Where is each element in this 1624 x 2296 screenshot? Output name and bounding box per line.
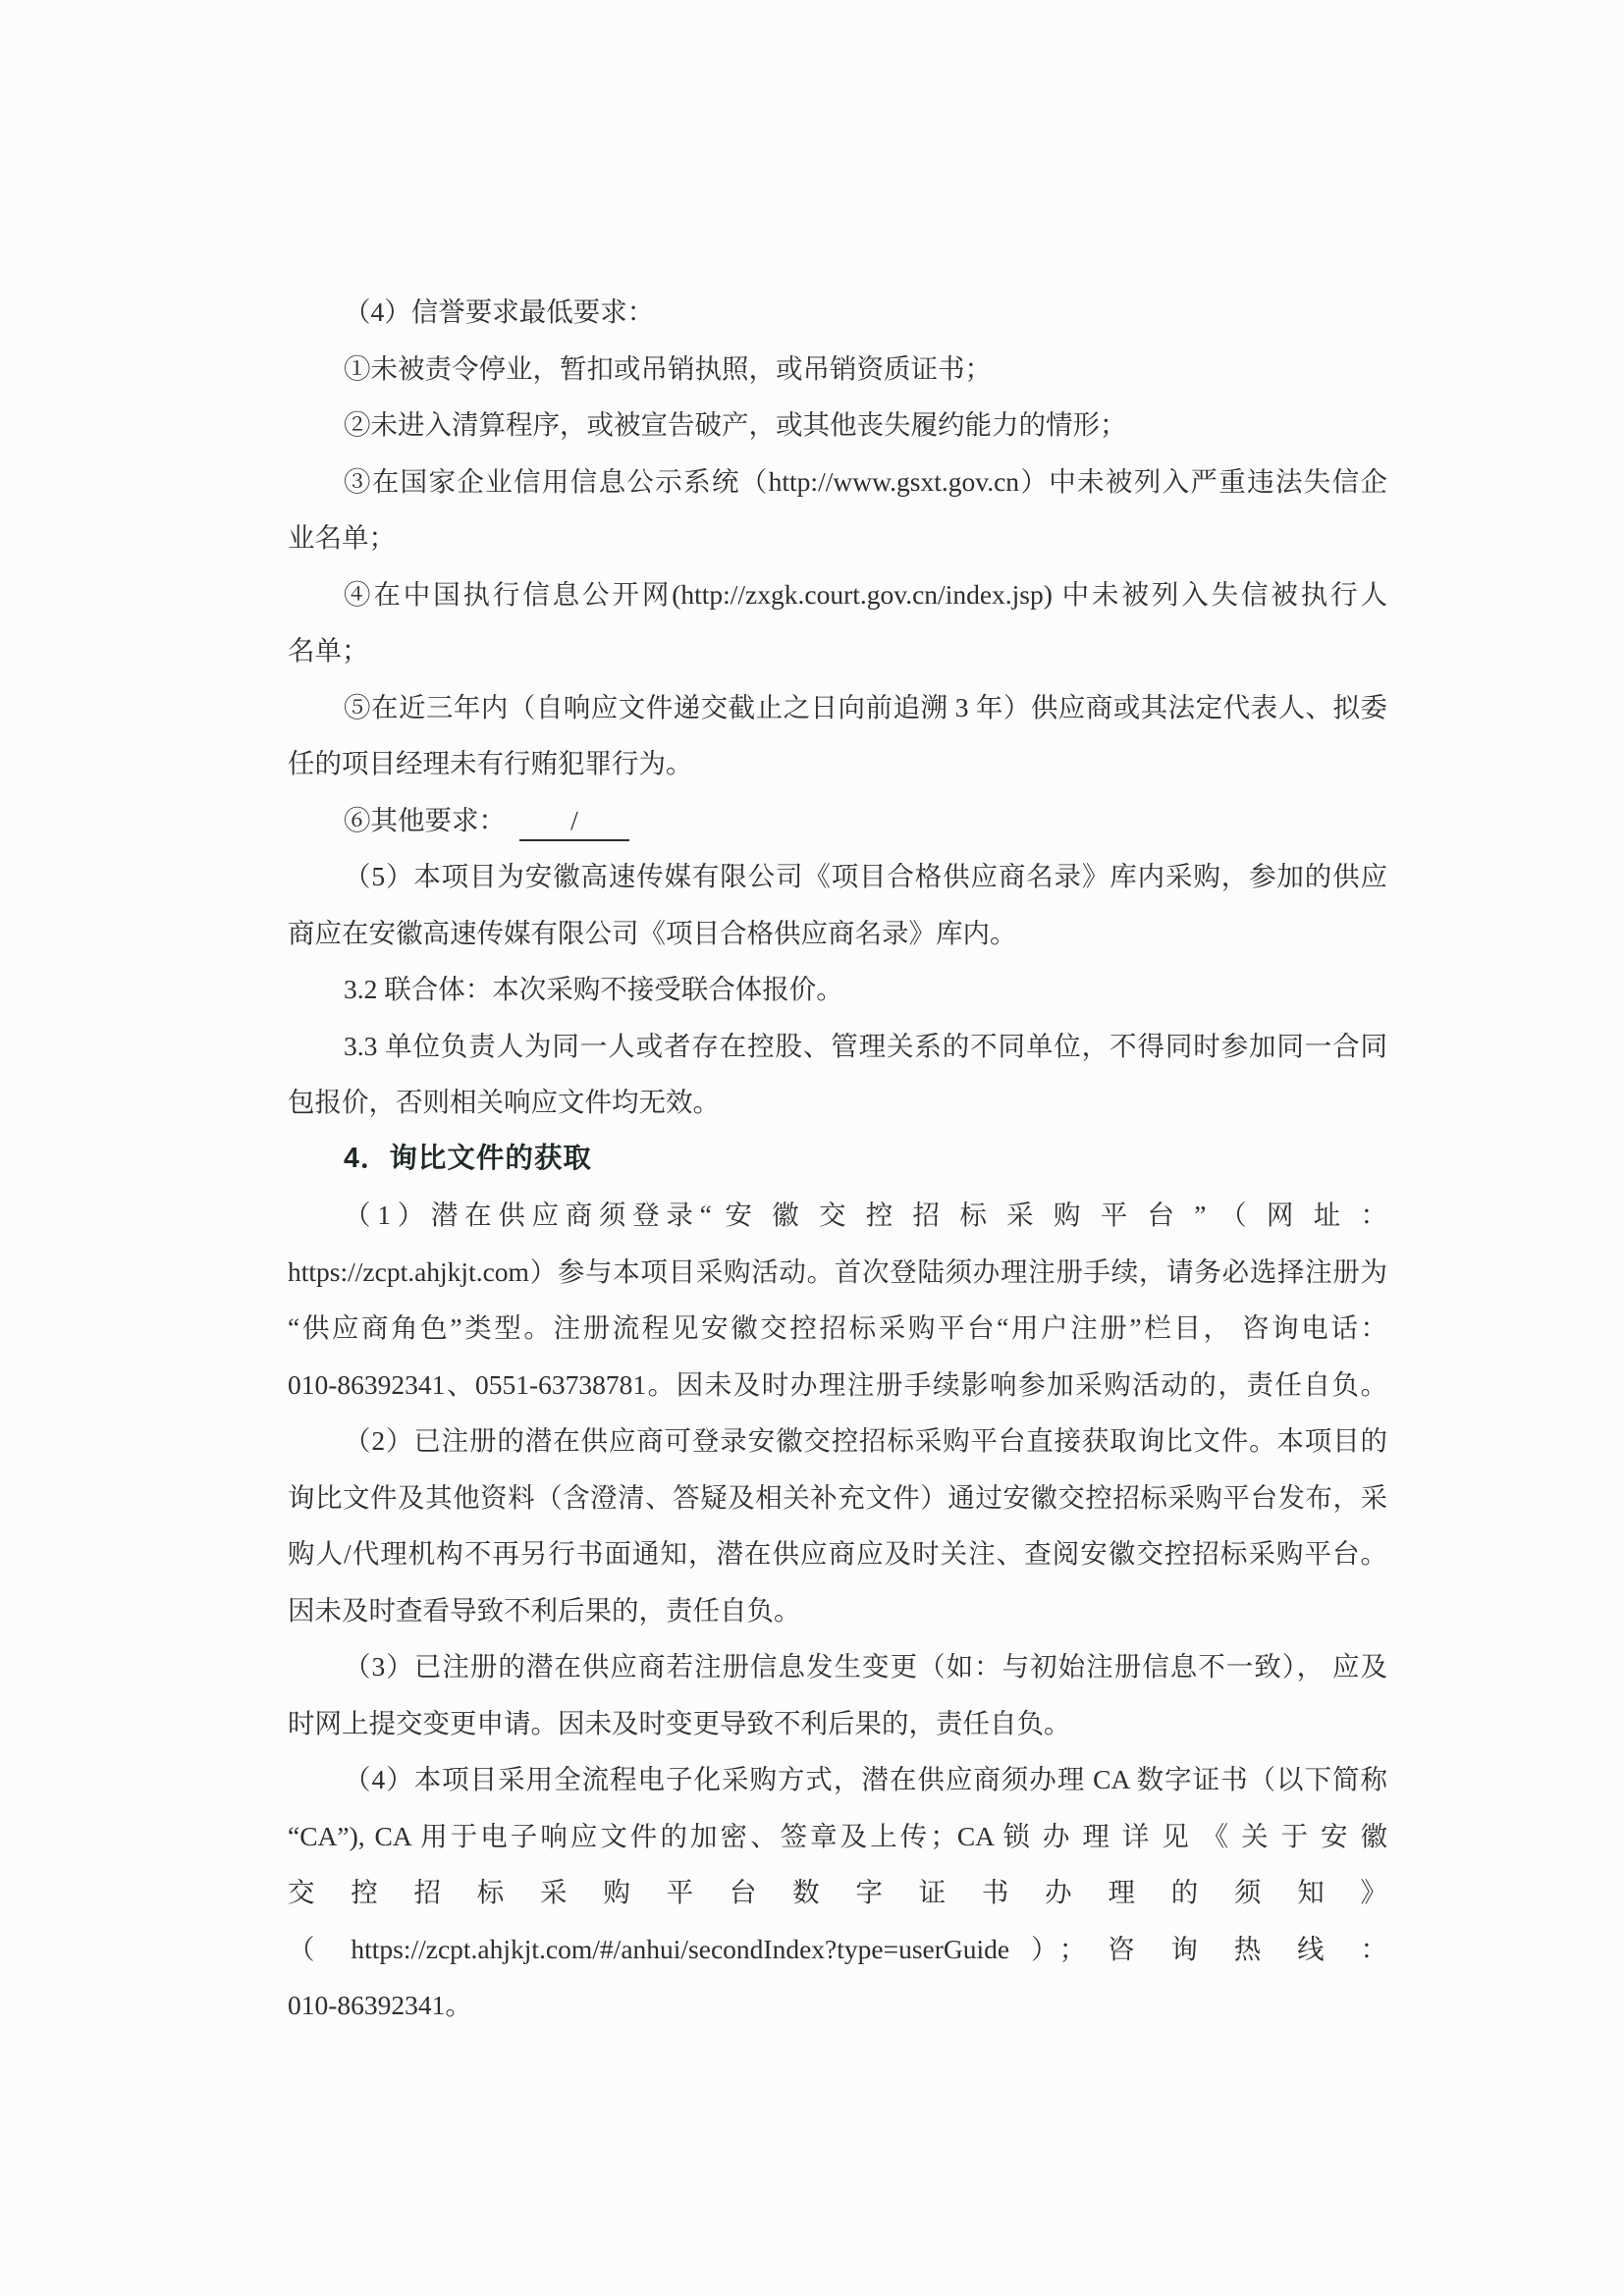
section-4-item-3-line-1: （3）已注册的潜在供应商若注册信息发生变更（如：与初始注册信息不一致）， 应及 [288, 1638, 1387, 1695]
section-4-item-1-line-2: https://zcpt.ahjkjt.com）参与本项目采购活动。首次登陆须办… [288, 1244, 1387, 1301]
clause-5-line-2: 商应在安徽高速传媒有限公司《项目合格供应商名录》库内。 [288, 905, 1387, 962]
clause-3-2-consortium: 3.2 联合体：本次采购不接受联合体报价。 [288, 961, 1387, 1018]
other-requirements-label: ⑥其他要求： [344, 805, 506, 835]
section-4-item-2-line-3: 购人/代理机构不再另行书面通知，潜在供应商应及时关注、查阅安徽交控招标采购平台。 [288, 1525, 1387, 1582]
other-requirements-line: ⑥其他要求：/ [288, 792, 1387, 849]
other-requirements-blank: / [519, 802, 629, 841]
credit-item-5-line-2: 任的项目经理未有行贿犯罪行为。 [288, 735, 1387, 792]
section-4-item-4-line-3: 交 控 招 标 采 购 平 台 数 字 证 书 办 理 的 须 知 》 [288, 1864, 1387, 1921]
section-4-item-1-line-1: （1）潜在供应商须登录“ 安 徽 交 控 招 标 采 购 平 台 ” （ 网 址… [288, 1187, 1387, 1244]
section-4-item-3-line-2: 时网上提交变更申请。因未及时变更导致不利后果的，责任自负。 [288, 1695, 1387, 1752]
clause-3-3-line-2: 包报价，否则相关响应文件均无效。 [288, 1074, 1387, 1131]
section-4-item-4-line-1: （4）本项目采用全流程电子化采购方式，潜在供应商须办理 CA 数字证书（以下简称 [288, 1751, 1387, 1808]
credit-item-2: ②未进入清算程序，或被宣告破产，或其他丧失履约能力的情形； [288, 397, 1387, 454]
section-4-item-1-line-4: 010-86392341、0551-63738781。因未及时办理注册手续影响参… [288, 1357, 1387, 1414]
document-body: （4）信誉要求最低要求： ①未被责令停业，暂扣或吊销执照，或吊销资质证书； ②未… [288, 284, 1387, 2034]
credit-item-1: ①未被责令停业，暂扣或吊销执照，或吊销资质证书； [288, 341, 1387, 398]
credit-item-3-line-2: 业名单； [288, 509, 1387, 566]
section-4-heading: 4．询比文件的获取 [288, 1131, 1387, 1188]
section-4-item-2-line-4: 因未及时查看导致不利后果的，责任自负。 [288, 1582, 1387, 1639]
section-4-item-4-line-4: （ https://zcpt.ahjkjt.com/#/anhui/second… [288, 1921, 1387, 1978]
section-4-item-2-line-1: （2）已注册的潜在供应商可登录安徽交控招标采购平台直接获取询比文件。本项目的 [288, 1413, 1387, 1469]
clause-4-credit-requirements-title: （4）信誉要求最低要求： [288, 284, 1387, 341]
credit-item-3-line-1: ③在国家企业信用信息公示系统（http://www.gsxt.gov.cn）中未… [288, 454, 1387, 510]
document-page: （4）信誉要求最低要求： ①未被责令停业，暂扣或吊销执照，或吊销资质证书； ②未… [0, 0, 1624, 2296]
clause-5-line-1: （5）本项目为安徽高速传媒有限公司《项目合格供应商名录》库内采购，参加的供应 [288, 848, 1387, 905]
credit-item-4-line-2: 名单； [288, 622, 1387, 679]
section-4-item-4-line-2: “CA”), CA 用于电子响应文件的加密、签章及上传；CA 锁 办 理 详 见… [288, 1808, 1387, 1865]
section-4-item-1-line-3: “供应商角色”类型。注册流程见安徽交控招标采购平台“用户注册”栏目， 咨询电话： [288, 1300, 1387, 1357]
clause-3-3-line-1: 3.3 单位负责人为同一人或者存在控股、管理关系的不同单位，不得同时参加同一合同 [288, 1018, 1387, 1075]
credit-item-4-line-1: ④在中国执行信息公开网(http://zxgk.court.gov.cn/ind… [288, 566, 1387, 623]
section-4-item-2-line-2: 询比文件及其他资料（含澄清、答疑及相关补充文件）通过安徽交控招标采购平台发布，采 [288, 1469, 1387, 1526]
section-4-item-4-line-5: 010-86392341。 [288, 1977, 1387, 2034]
credit-item-5-line-1: ⑤在近三年内（自响应文件递交截止之日向前追溯 3 年）供应商或其法定代表人、拟委 [288, 679, 1387, 736]
